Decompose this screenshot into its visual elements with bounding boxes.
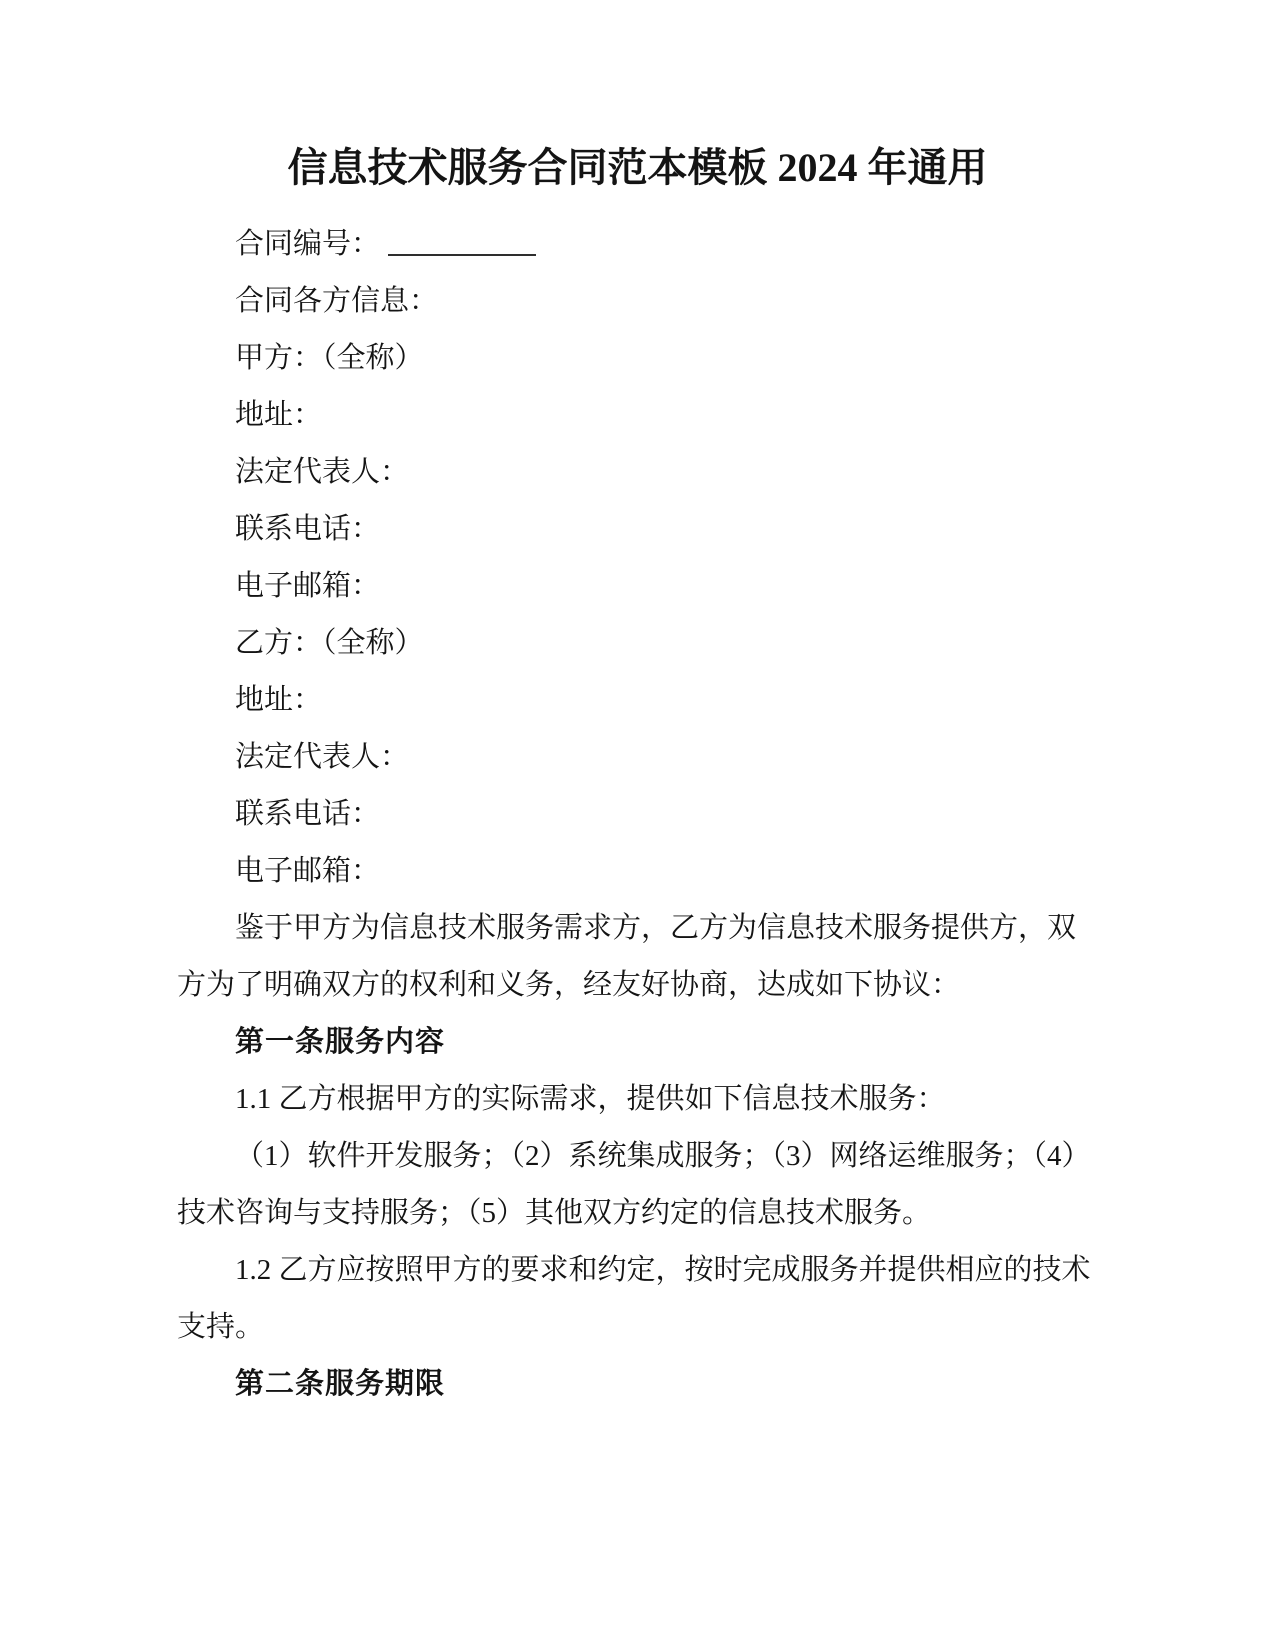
- document-page: 信息技术服务合同范本模板 2024 年通用 合同编号： 合同各方信息： 甲方：（…: [0, 0, 1275, 1650]
- party-a-address-line: 地址：: [177, 387, 1098, 444]
- party-a-name-line: 甲方：（全称）: [177, 330, 1098, 387]
- contract-number-line: 合同编号：: [177, 216, 1098, 273]
- clause-1-2-paragraph: 1.2 乙方应按照甲方的要求和约定，按时完成服务并提供相应的技术支持。: [177, 1242, 1098, 1356]
- document-title: 信息技术服务合同范本模板 2024 年通用: [177, 138, 1098, 198]
- party-b-email-line: 电子邮箱：: [177, 843, 1098, 900]
- clause-1-1-paragraph: 1.1 乙方根据甲方的实际需求，提供如下信息技术服务：: [177, 1071, 1098, 1128]
- clause-1-services-paragraph: （1）软件开发服务；（2）系统集成服务；（3）网络运维服务；（4）技术咨询与支持…: [177, 1128, 1098, 1242]
- party-b-legal-representative-line: 法定代表人：: [177, 729, 1098, 786]
- party-b-address-line: 地址：: [177, 672, 1098, 729]
- parties-info-heading: 合同各方信息：: [177, 273, 1098, 330]
- contract-number-label: 合同编号：: [235, 228, 380, 260]
- party-b-phone-line: 联系电话：: [177, 786, 1098, 843]
- party-a-phone-line: 联系电话：: [177, 501, 1098, 558]
- party-a-email-line: 电子邮箱：: [177, 558, 1098, 615]
- party-b-name-line: 乙方：（全称）: [177, 615, 1098, 672]
- document-body: 合同编号： 合同各方信息： 甲方：（全称） 地址： 法定代表人： 联系电话： 电…: [177, 216, 1098, 1413]
- party-a-legal-representative-line: 法定代表人：: [177, 444, 1098, 501]
- contract-number-blank-line: [388, 253, 536, 256]
- clause-1-heading: 第一条服务内容: [177, 1014, 1098, 1071]
- clause-2-heading: 第二条服务期限: [177, 1356, 1098, 1413]
- preamble-paragraph: 鉴于甲方为信息技术服务需求方，乙方为信息技术服务提供方，双方为了明确双方的权利和…: [177, 900, 1098, 1014]
